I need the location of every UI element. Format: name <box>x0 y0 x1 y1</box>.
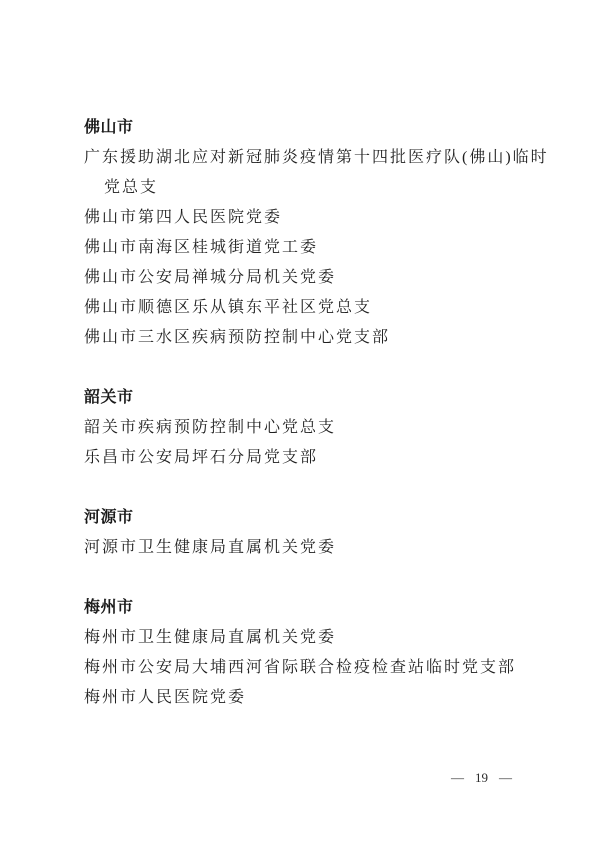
org-entry: 梅州市人民医院党委 <box>84 683 554 713</box>
city-heading: 河源市 <box>84 503 554 533</box>
org-entry: 佛山市三水区疾病预防控制中心党支部 <box>84 323 554 353</box>
section-heyuan: 河源市 河源市卫生健康局直属机关党委 <box>84 503 554 563</box>
org-entry: 乐昌市公安局坪石分局党支部 <box>84 443 554 473</box>
page-footer: — 19 — <box>451 770 512 786</box>
city-heading: 韶关市 <box>84 383 554 413</box>
footer-dash-right: — <box>499 770 512 786</box>
org-entry: 梅州市公安局大埔西河省际联合检疫检查站临时党支部 <box>84 653 554 683</box>
page-number: 19 <box>475 770 488 786</box>
page-content: 佛山市 广东援助湖北应对新冠肺炎疫情第十四批医疗队(佛山)临时 党总支 佛山市第… <box>84 113 554 713</box>
org-entry: 佛山市第四人民医院党委 <box>84 203 554 233</box>
footer-dash-left: — <box>451 770 464 786</box>
document-page: 佛山市 广东援助湖北应对新冠肺炎疫情第十四批医疗队(佛山)临时 党总支 佛山市第… <box>0 0 612 859</box>
org-entry: 佛山市顺德区乐从镇东平社区党总支 <box>84 293 554 323</box>
org-entry: 河源市卫生健康局直属机关党委 <box>84 533 554 563</box>
section-foshan: 佛山市 广东援助湖北应对新冠肺炎疫情第十四批医疗队(佛山)临时 党总支 佛山市第… <box>84 113 554 353</box>
org-line: 广东援助湖北应对新冠肺炎疫情第十四批医疗队(佛山)临时 <box>84 143 554 173</box>
org-entry: 佛山市南海区桂城街道党工委 <box>84 233 554 263</box>
org-line-continuation: 党总支 <box>84 173 554 203</box>
section-meizhou: 梅州市 梅州市卫生健康局直属机关党委 梅州市公安局大埔西河省际联合检疫检查站临时… <box>84 593 554 713</box>
city-heading: 佛山市 <box>84 113 554 143</box>
org-entry: 梅州市卫生健康局直属机关党委 <box>84 623 554 653</box>
section-shaoguan: 韶关市 韶关市疾病预防控制中心党总支 乐昌市公安局坪石分局党支部 <box>84 383 554 473</box>
org-entry: 广东援助湖北应对新冠肺炎疫情第十四批医疗队(佛山)临时 党总支 <box>84 143 554 203</box>
city-heading: 梅州市 <box>84 593 554 623</box>
org-entry: 佛山市公安局禅城分局机关党委 <box>84 263 554 293</box>
org-entry: 韶关市疾病预防控制中心党总支 <box>84 413 554 443</box>
